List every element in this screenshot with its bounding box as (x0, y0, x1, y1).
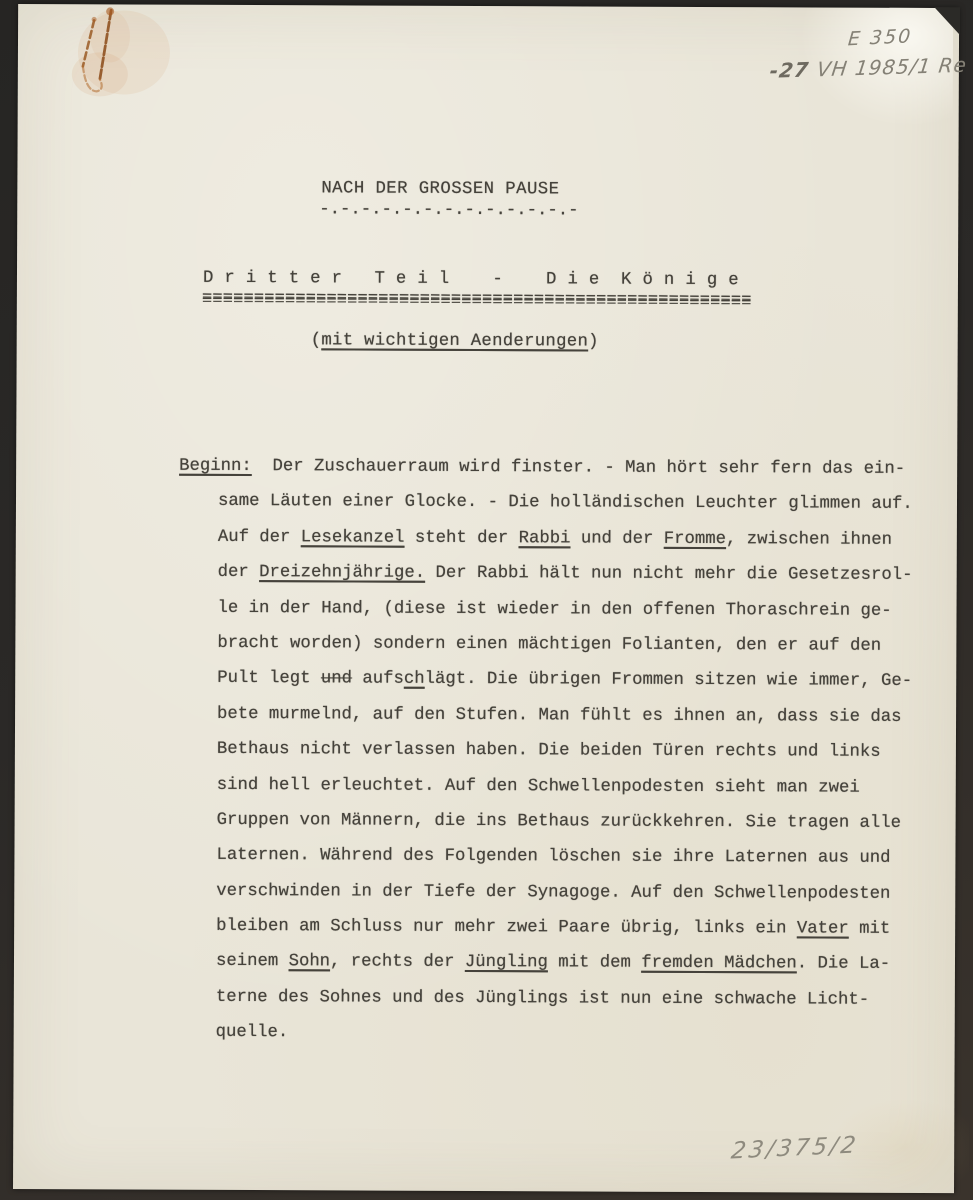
typescript-line: seinem Sohn, rechts der Jüngling mit dem… (177, 944, 911, 983)
text-run: bete murmelnd, auf den Stufen. Man fühlt… (217, 705, 902, 727)
underlined-text: fremden Mädchen (641, 954, 797, 974)
scan-background: { "document": { "kind": "typewritten man… (0, 0, 973, 1200)
accession-prefix: -27 (768, 57, 818, 83)
text-run: same Läuten einer Glocke. - Die holländi… (218, 492, 913, 514)
text-run: Bethaus nicht verlassen haben. Die beide… (217, 740, 881, 762)
typescript-line: bete murmelnd, auf den Stufen. Man fühlt… (178, 696, 912, 735)
text-run: Pult legt (217, 669, 321, 688)
text-run: , rechts der (330, 953, 465, 973)
manuscript-page: E 350 -27 VH 1985/1 Re NACH DER GROSSEN … (13, 4, 959, 1193)
text-run: Laternen. Während des Folgenden löschen … (216, 846, 890, 868)
text-run: le in der Hand, (diese ist wieder in den… (217, 598, 891, 620)
typescript-body: Beginn: Der Zuschauerraum wird finster. … (177, 449, 913, 1054)
subtitle: (mit wichtigen Aenderungen) (311, 331, 599, 351)
text-run: . Die La- (797, 955, 890, 974)
underlined-text: ch (404, 670, 425, 689)
typescript-line: quelle. (177, 1015, 911, 1054)
typescript-line: bracht worden) sondern einen mächtigen F… (178, 626, 912, 665)
text-run: bleiben am Schluss nur mehr zwei Paare ü… (216, 917, 797, 939)
text-run: und der (570, 529, 663, 548)
text-run: Der Rabbi hält nun nicht mehr die Gesetz… (425, 564, 913, 585)
text-run: der (218, 563, 260, 582)
text-run: bracht worden) sondern einen mächtigen F… (217, 634, 881, 656)
part-title-double-rule: ========================================… (202, 289, 752, 310)
text-run: sind hell erleuchtet. Auf den Schwellenp… (217, 775, 860, 797)
text-run: ( (311, 331, 322, 350)
text-run: quelle. (216, 1023, 289, 1042)
typescript-line: Bethaus nicht verlassen haben. Die beide… (178, 732, 912, 771)
text-run: ) (588, 333, 599, 352)
underlined-text: Sohn (289, 953, 331, 972)
typescript-line: der Dreizehnjährige. Der Rabbi hält nun … (179, 555, 913, 594)
text-run: Der Zuschauerraum wird finster. - Man hö… (252, 457, 905, 479)
typescript-line: Laternen. Während des Folgenden löschen … (177, 838, 911, 877)
typescript-line: sind hell erleuchtet. Auf den Schwellenp… (178, 767, 912, 806)
typescript-line: verschwinden in der Tiefe der Synagoge. … (177, 873, 911, 912)
accession-rest: VH 1985/1 Re (816, 53, 969, 82)
typescript-line: Pult legt und aufschlägt. Die übrigen Fr… (178, 661, 912, 700)
underlined-text: Dreizehnjährige. (259, 563, 425, 583)
underlined-text: Vater (797, 919, 849, 938)
underlined-text: Rabbi (519, 529, 571, 548)
underlined-text: mit wichtigen Aenderungen (321, 331, 588, 351)
text-run: lägt. Die übrigen Frommen sitzen wie imm… (425, 670, 913, 691)
underlined-text: Beginn: (179, 457, 252, 476)
text-run: terne des Sohnes und des Jünglings ist n… (216, 988, 869, 1010)
text-run: Gruppen von Männern, die ins Bethaus zur… (217, 811, 902, 833)
page-title: NACH DER GROSSEN PAUSE (321, 179, 559, 199)
text-run: seinem (216, 952, 289, 971)
struck-text: und (321, 670, 352, 689)
typescript-line: Beginn: Der Zuschauerraum wird finster. … (179, 449, 913, 488)
typescript-line: same Läuten einer Glocke. - Die holländi… (179, 484, 913, 523)
text-run: aufs (352, 670, 404, 689)
part-title: D r i t t e r T e i l - D i e K ö n i g … (203, 269, 739, 290)
typescript-line: Gruppen von Männern, die ins Bethaus zur… (178, 803, 912, 842)
underlined-text: Lesekanzel (301, 528, 405, 547)
typescript-line: Auf der Lesekanzel steht der Rabbi und d… (179, 519, 913, 558)
title-underline-rule: -.-.-.-.-.-.-.-.-.-.-.-.- (319, 200, 578, 220)
text-run: mit (849, 920, 891, 939)
pencil-catalog-code: E 350 (847, 25, 913, 50)
text-run: Auf der (218, 528, 301, 547)
typescript-line: terne des Sohnes und des Jünglings ist n… (177, 980, 911, 1019)
text-run: verschwinden in der Tiefe der Synagoge. … (216, 882, 890, 904)
underlined-text: Jüngling (465, 953, 548, 972)
text-run: , zwischen ihnen (726, 530, 892, 550)
typescript-line: bleiben am Schluss nur mehr zwei Paare ü… (177, 909, 911, 948)
paperclip-rust-stain-icon (66, 6, 199, 125)
underlined-text: Fromme (664, 530, 726, 549)
text-run: mit dem (548, 954, 641, 973)
typescript-line: le in der Hand, (diese ist wieder in den… (178, 590, 912, 629)
text-run: steht der (404, 528, 518, 547)
